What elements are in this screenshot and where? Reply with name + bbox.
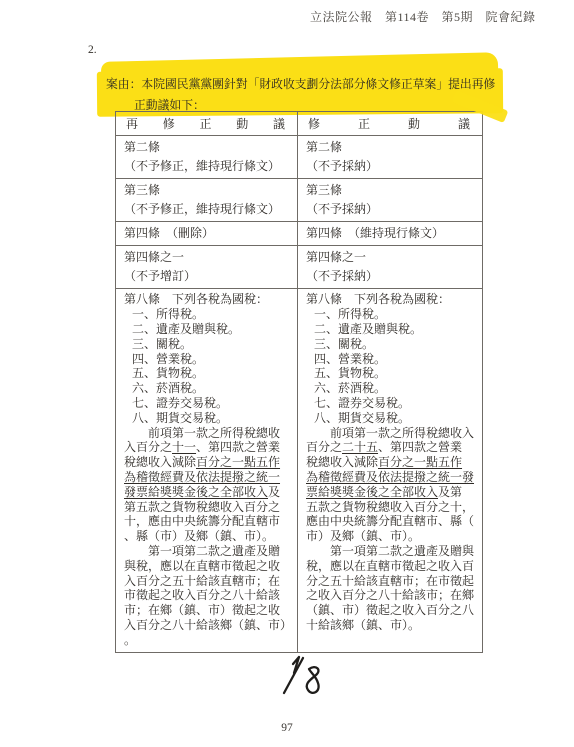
article4-cell-left: 第四條 （刪除） bbox=[116, 222, 297, 245]
header-character: 議 bbox=[273, 115, 285, 133]
article3-cell-right: 第三條 （不予採納） bbox=[297, 179, 482, 221]
article3-cell-left: 第三條 （不予修正，維持現行條文） bbox=[116, 179, 297, 221]
table-header-re-amendment: 再修正動議 bbox=[116, 112, 297, 135]
tax-list-item: 五、貨物稅。 bbox=[124, 366, 289, 381]
article-disposition: （不予採納） bbox=[306, 267, 474, 286]
tax-list-item: 二、遺產及贈與稅。 bbox=[306, 322, 474, 337]
handwritten-page-fraction bbox=[280, 653, 326, 706]
tax-list-item: 五、貨物稅。 bbox=[306, 366, 474, 381]
table-header-row: 再修正動議 修正動議 bbox=[116, 112, 482, 135]
subject-text: 案由：本院國民黨黨團針對「財政收支劃分法部分條文修正草案」提出再修 正動議如下： bbox=[106, 74, 495, 116]
article-number: 第四條 （維持現行條文） bbox=[306, 224, 474, 243]
handwritten-1-8-icon bbox=[280, 653, 326, 701]
article-disposition: （不予增訂） bbox=[124, 267, 289, 286]
article-disposition: （不予修正，維持現行條文） bbox=[124, 157, 289, 176]
tax-list-item: 六、菸酒稅。 bbox=[306, 381, 474, 396]
tax-list-item: 三、關稅。 bbox=[124, 337, 289, 352]
article-number: 第四條之一 bbox=[124, 248, 289, 267]
article8-paragraph-2: 第一項第二款之遺產及贈與稅，應以在直轄市徵起之收入百分之五十給該直轄市；在市徵起… bbox=[306, 544, 474, 633]
article2-cell-left: 第二條 （不予修正，維持現行條文） bbox=[116, 136, 297, 178]
item-number: 2. bbox=[88, 44, 97, 56]
table-row-article4: 第四條 （刪除） 第四條 （維持現行條文） bbox=[116, 221, 482, 245]
article4-1-cell-right: 第四條之一 （不予採納） bbox=[297, 246, 482, 288]
table-row-article4-1: 第四條之一 （不予增訂） 第四條之一 （不予採納） bbox=[116, 245, 482, 288]
header-character: 正 bbox=[358, 115, 370, 133]
article8-paragraph-2: 第一項第二款之遺產及贈與稅，應以在直轄市徵起之收入百分之五十給該直轄市；在市徵起… bbox=[124, 544, 289, 648]
article8-title: 第八條 下列各稅為國稅： bbox=[306, 292, 474, 307]
article4-cell-right: 第四條 （維持現行條文） bbox=[297, 222, 482, 245]
header-character: 正 bbox=[199, 115, 211, 133]
header-character: 再 bbox=[126, 115, 138, 133]
table-row-article2: 第二條 （不予修正，維持現行條文） 第二條 （不予採納） bbox=[116, 135, 482, 178]
tax-list-item: 四、營業稅。 bbox=[306, 352, 474, 367]
article8-cell-right: 第八條 下列各稅為國稅： 一、所得稅。二、遺產及贈與稅。三、關稅。四、營業稅。五… bbox=[297, 289, 482, 652]
tax-list-item: 四、營業稅。 bbox=[124, 352, 289, 367]
header-character: 動 bbox=[236, 115, 248, 133]
tax-list-item: 八、期貨交易稅。 bbox=[306, 411, 474, 426]
article-disposition: （不予修正，維持現行條文） bbox=[124, 200, 289, 219]
article-disposition: （不予採納） bbox=[306, 200, 474, 219]
article-number: 第四條之一 bbox=[306, 248, 474, 267]
tax-list-item: 二、遺產及贈與稅。 bbox=[124, 322, 289, 337]
article-number: 第三條 bbox=[306, 181, 474, 200]
tax-list-item: 七、證券交易稅。 bbox=[124, 396, 289, 411]
page-number: 97 bbox=[0, 722, 574, 734]
article-disposition: （不予採納） bbox=[306, 157, 474, 176]
underlined-text-segment: 十一 bbox=[172, 440, 196, 454]
tax-list-item: 七、證券交易稅。 bbox=[306, 396, 474, 411]
tax-list-item: 一、所得稅。 bbox=[306, 307, 474, 322]
header-character: 議 bbox=[458, 115, 470, 133]
underlined-text-segment: 二十五 bbox=[342, 440, 378, 454]
article-number: 第三條 bbox=[124, 181, 289, 200]
subject-line-1: 案由：本院國民黨黨團針對「財政收支劃分法部分條文修正草案」提出再修 bbox=[106, 74, 495, 95]
tax-list-item: 八、期貨交易稅。 bbox=[124, 411, 289, 426]
header-character: 動 bbox=[408, 115, 420, 133]
amendment-comparison-table: 再修正動議 修正動議 第二條 （不予修正，維持現行條文） 第二條 （不予採納） … bbox=[115, 111, 483, 653]
tax-list-item: 三、關稅。 bbox=[306, 337, 474, 352]
article8-paragraph-1: 前項第一款之所得稅總收入百分之十一、第四款之營業稅總收入減除百分之一點五作為稽徵… bbox=[124, 426, 289, 544]
tax-list-item: 六、菸酒稅。 bbox=[124, 381, 289, 396]
article2-cell-right: 第二條 （不予採納） bbox=[297, 136, 482, 178]
article8-title: 第八條 下列各稅為國稅： bbox=[124, 292, 289, 307]
article-number: 第二條 bbox=[306, 138, 474, 157]
article-number: 第四條 （刪除） bbox=[124, 224, 289, 243]
article8-cell-left: 第八條 下列各稅為國稅： 一、所得稅。二、遺產及贈與稅。三、關稅。四、營業稅。五… bbox=[116, 289, 297, 652]
gazette-header: 立法院公報 第114卷 第5期 院會紀錄 bbox=[310, 8, 550, 25]
table-row-article3: 第三條 （不予修正，維持現行條文） 第三條 （不予採納） bbox=[116, 178, 482, 221]
national-tax-list: 一、所得稅。二、遺產及贈與稅。三、關稅。四、營業稅。五、貨物稅。六、菸酒稅。七、… bbox=[306, 307, 474, 425]
header-character: 修 bbox=[308, 115, 320, 133]
article-number: 第二條 bbox=[124, 138, 289, 157]
header-character: 修 bbox=[163, 115, 175, 133]
table-row-article8: 第八條 下列各稅為國稅： 一、所得稅。二、遺產及贈與稅。三、關稅。四、營業稅。五… bbox=[116, 288, 482, 652]
article4-1-cell-left: 第四條之一 （不予增訂） bbox=[116, 246, 297, 288]
table-header-amendment: 修正動議 bbox=[297, 112, 482, 135]
tax-list-item: 一、所得稅。 bbox=[124, 307, 289, 322]
national-tax-list: 一、所得稅。二、遺產及贈與稅。三、關稅。四、營業稅。五、貨物稅。六、菸酒稅。七、… bbox=[124, 307, 289, 425]
article8-paragraph-1: 前項第一款之所得稅總收入百分之二十五、第四款之營業稅總收入減除百分之一點五作為稽… bbox=[306, 426, 474, 544]
